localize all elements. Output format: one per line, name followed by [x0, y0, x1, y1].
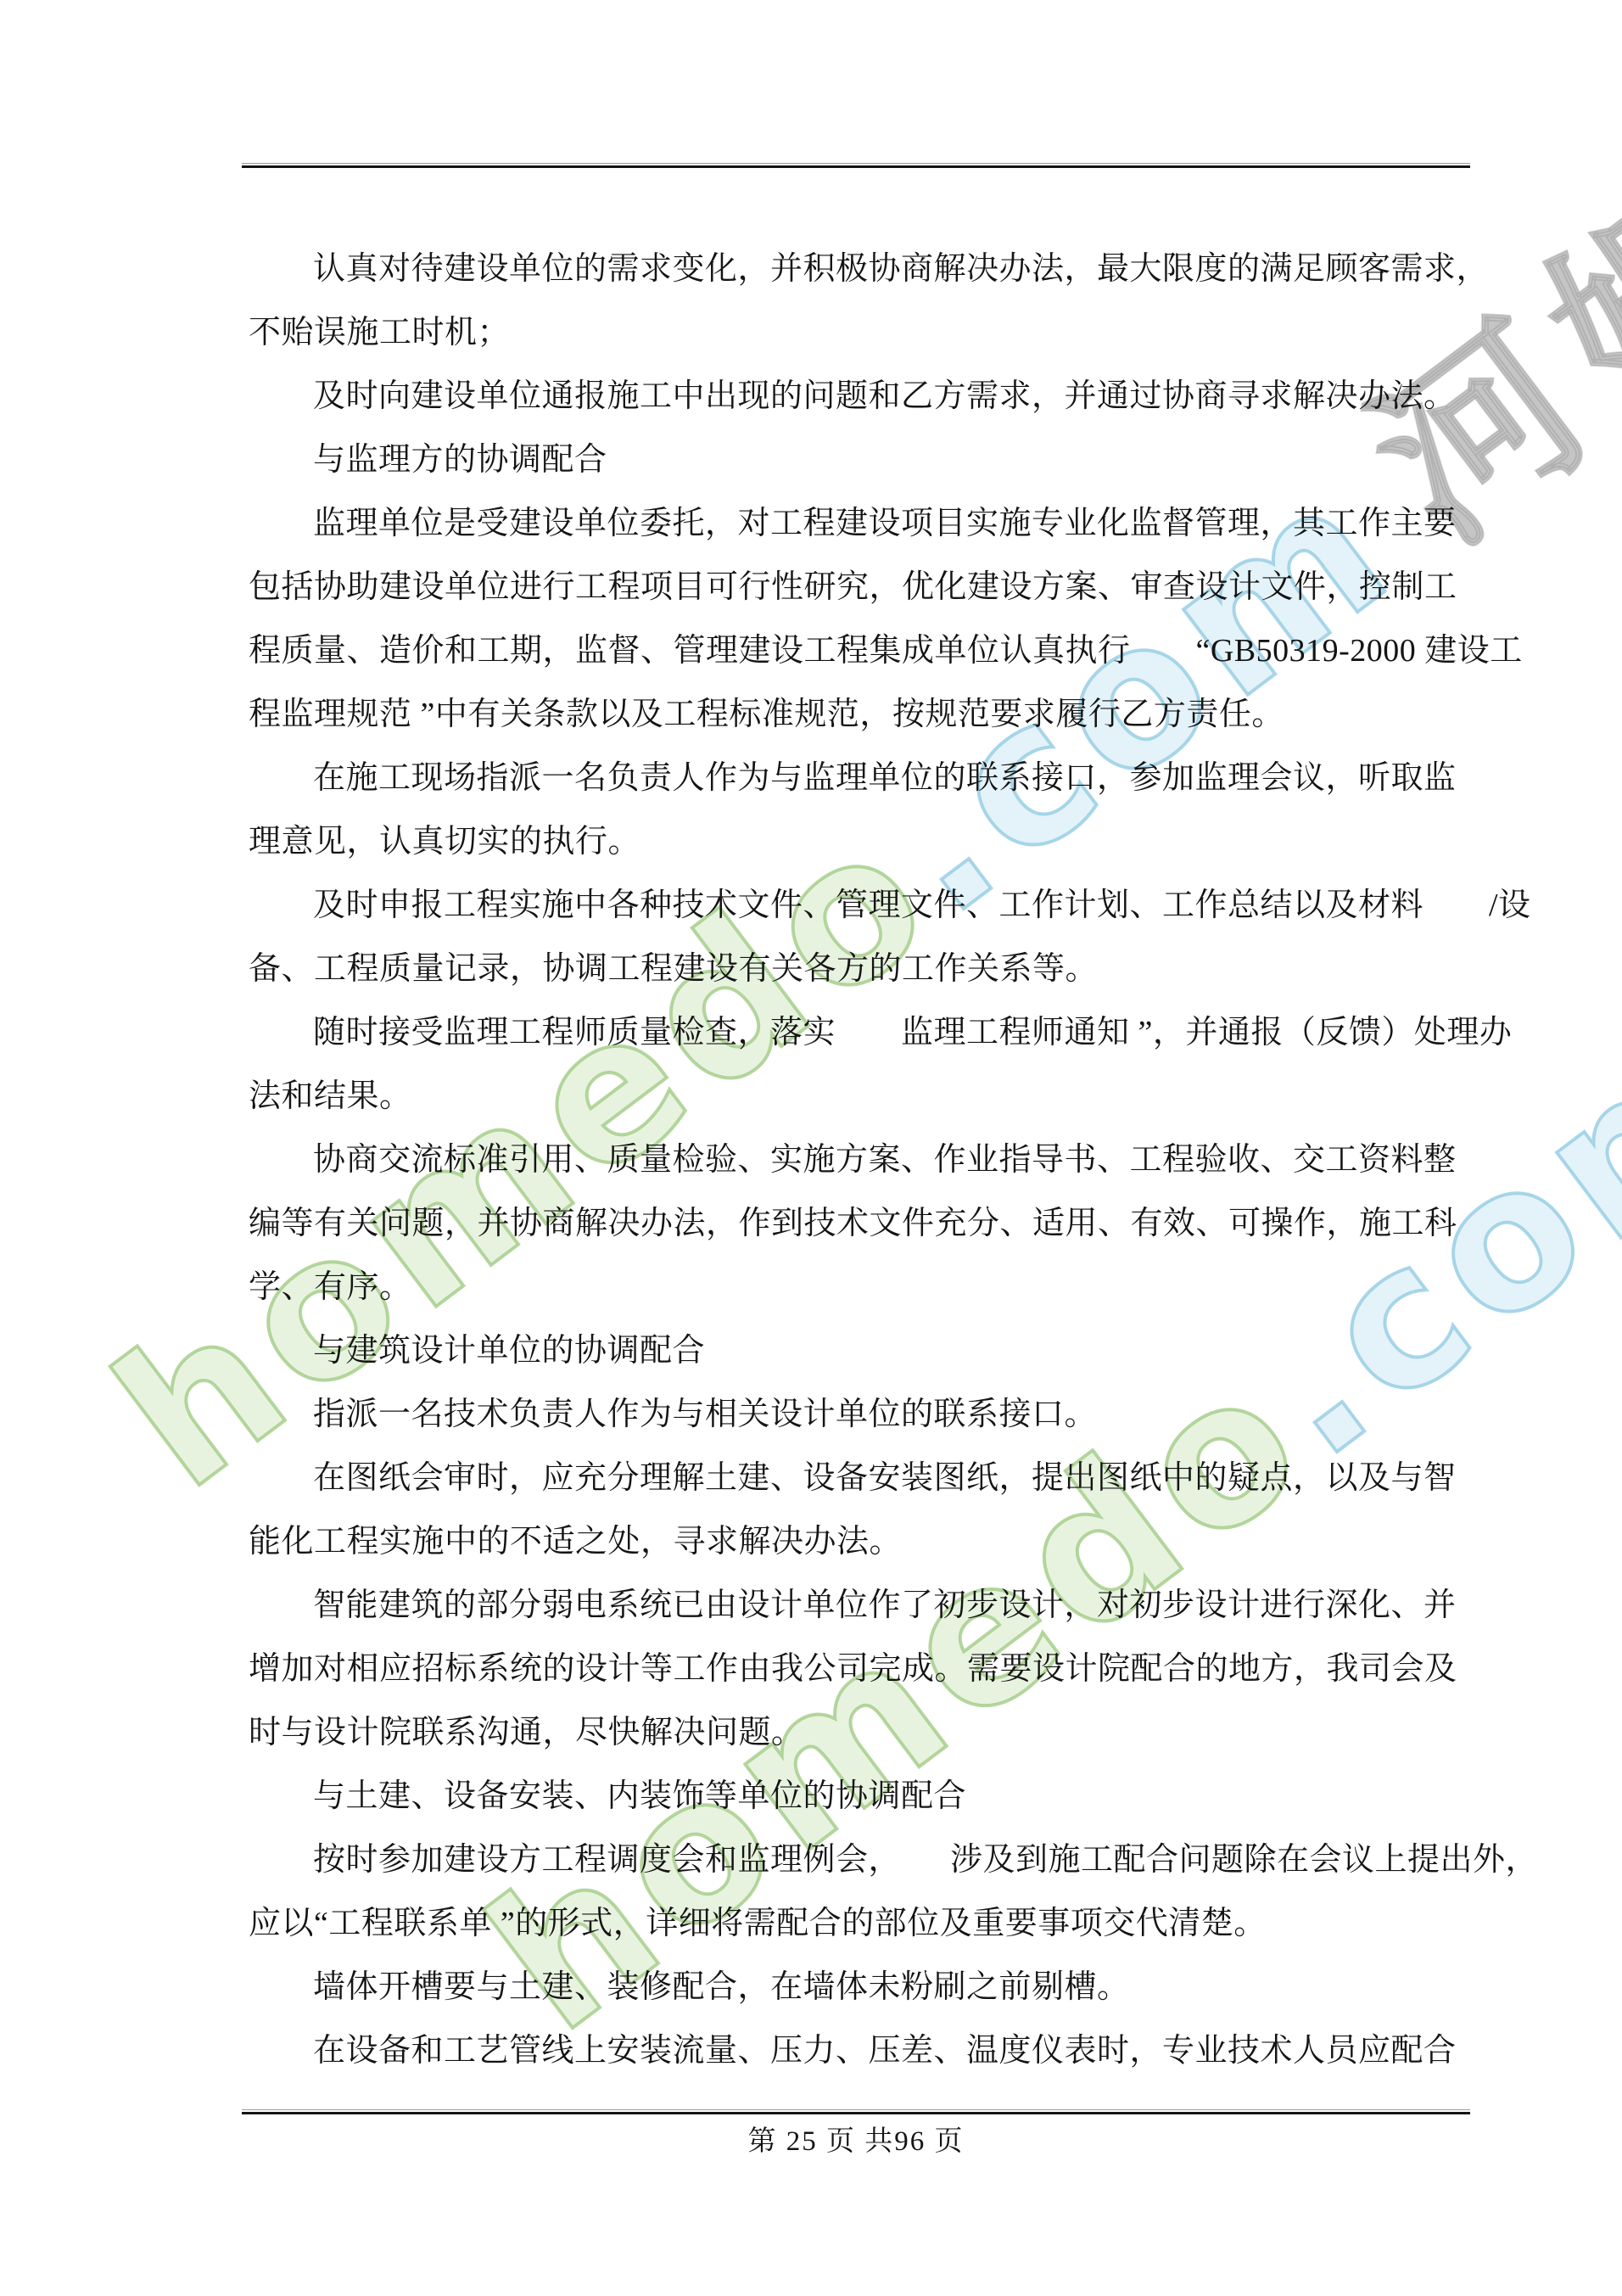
text-line: 法和结果。 — [242, 1065, 1514, 1128]
document-page: homedo.com河姆渡 homedo.com河姆渡 认真对待建设单位的需求变… — [0, 0, 1622, 2296]
text-line: 学、有序。 — [242, 1256, 1514, 1319]
text-line: 监理单位是受建设单位委托，对工程建设项目实施专业化监督管理，其工作主要 — [242, 492, 1514, 556]
text-line: 与建筑设计单位的协调配合 — [242, 1319, 1514, 1383]
text-line: 程质量、造价和工期，监督、管理建设工程集成单位认真执行 “GB50319-200… — [242, 619, 1514, 683]
text-line: 不贻误施工时机； — [242, 301, 1514, 365]
text-line: 智能建筑的部分弱电系统已由设计单位作了初步设计，对初步设计进行深化、并 — [242, 1574, 1514, 1638]
text-line: 指派一名技术负责人作为与相关设计单位的联系接口。 — [242, 1383, 1514, 1447]
text-line: 协商交流标准引用、质量检验、实施方案、作业指导书、工程验收、交工资料整 — [242, 1128, 1514, 1192]
text-line: 与土建、设备安装、内装饰等单位的协调配合 — [242, 1765, 1514, 1828]
text-line: 理意见，认真切实的执行。 — [242, 810, 1514, 874]
text-line: 包括协助建设单位进行工程项目可行性研究，优化建设方案、审查设计文件，控制工 — [242, 556, 1514, 619]
header-rule — [242, 163, 1470, 168]
text-line: 能化工程实施中的不适之处，寻求解决办法。 — [242, 1510, 1514, 1574]
text-line: 及时申报工程实施中各种技术文件、管理文件、工作计划、工作总结以及材料 /设 — [242, 874, 1514, 938]
text-line: 在施工现场指派一名负责人作为与监理单位的联系接口，参加监理会议，听取监 — [242, 747, 1514, 810]
footer-rule — [242, 2109, 1470, 2114]
text-line: 程监理规范 ”中有关条款以及工程标准规范，按规范要求履行乙方责任。 — [242, 683, 1514, 747]
text-line: 备、工程质量记录，协调工程建设有关各方的工作关系等。 — [242, 938, 1514, 1001]
text-line: 认真对待建设单位的需求变化，并积极协商解决办法，最大限度的满足顾客需求， — [242, 238, 1514, 301]
text-line: 随时接受监理工程师质量检查，落实 监理工程师通知 ”，并通报（反馈）处理办 — [242, 1001, 1514, 1065]
page-number: 第 25 页 共96 页 — [242, 2118, 1470, 2165]
text-line: 增加对相应招标系统的设计等工作由我公司完成。需要设计院配合的地方，我司会及 — [242, 1638, 1514, 1701]
document-body: 认真对待建设单位的需求变化，并积极协商解决办法，最大限度的满足顾客需求， 不贻误… — [242, 238, 1514, 2083]
text-line: 与监理方的协调配合 — [242, 428, 1514, 492]
text-line: 编等有关问题，并协商解决办法，作到技术文件充分、适用、有效、可操作，施工科 — [242, 1192, 1514, 1256]
text-line: 在设备和工艺管线上安装流量、压力、压差、温度仪表时，专业技术人员应配合 — [242, 2019, 1514, 2083]
text-line: 墙体开槽要与土建、装修配合，在墙体未粉刷之前剔槽。 — [242, 1956, 1514, 2019]
text-line: 应以“工程联系单 ”的形式，详细将需配合的部位及重要事项交代清楚。 — [242, 1892, 1514, 1956]
text-line: 时与设计院联系沟通，尽快解决问题。 — [242, 1701, 1514, 1765]
text-line: 在图纸会审时，应充分理解土建、设备安装图纸，提出图纸中的疑点，以及与智 — [242, 1447, 1514, 1510]
text-line: 按时参加建设方工程调度会和监理例会， 涉及到施工配合问题除在会议上提出外， — [242, 1828, 1514, 1892]
text-line: 及时向建设单位通报施工中出现的问题和乙方需求，并通过协商寻求解决办法。 — [242, 365, 1514, 428]
